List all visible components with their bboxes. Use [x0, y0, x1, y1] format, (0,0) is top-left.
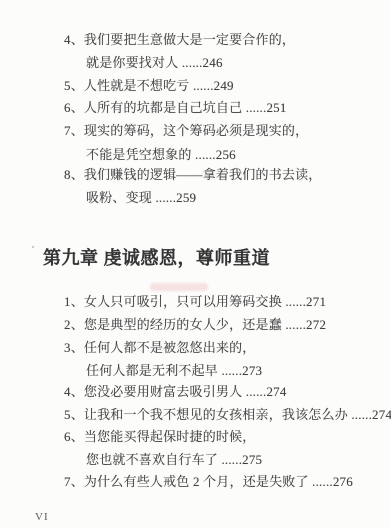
toc-entry-line: 6、当您能买得起保时捷的时候， [64, 426, 256, 445]
scan-speck [32, 246, 34, 248]
toc-entry-line: 1、女人只可吸引，只可以用筹码交换 ......271 [64, 291, 326, 310]
toc-scanned-page: 4、我们要把生意做大是一定要合作的， 就是你要找对人 ......246 5、人… [0, 0, 391, 528]
toc-entry-line: 5、人性就是不想吃亏 ......249 [64, 75, 234, 94]
toc-entry-line: 5、让我和一个我不想见的女孩相亲，我该怎么办 ......274 [64, 404, 391, 423]
toc-entry-line: 不能是凭空想象的 ......256 [86, 144, 236, 163]
toc-entry-line: 7、为什么有些人戒色 2 个月，还是失败了 ......276 [64, 471, 353, 490]
toc-entry-line: 任何人都是无利不起早 ......273 [86, 360, 262, 379]
toc-entry-line: 4、我们要把生意做大是一定要合作的， [64, 29, 295, 48]
toc-entry-line: 3、任何人都不是被忽悠出来的， [64, 337, 256, 356]
toc-entry-line: 吸粉、变现 ......259 [86, 187, 196, 206]
scan-artifact-pink [150, 283, 208, 291]
toc-entry-line: 7、现实的筹码，这个筹码必须是现实的， [64, 120, 308, 139]
page-number-footer: VI [35, 511, 49, 523]
toc-entry-line: 4、您没必要用财富去吸引男人 ......274 [64, 381, 287, 400]
toc-entry-line: 您也就不喜欢自行车了 ......275 [86, 449, 262, 468]
toc-entry-line: 6、人所有的坑都是自己坑自己 ......251 [64, 97, 287, 116]
toc-entry-line: 2、您是典型的经历的女人少，还是蠢 ......272 [64, 314, 326, 333]
toc-entry-line: 就是你要找对人 ......246 [86, 52, 223, 71]
chapter-title: 第九章 虔诚感恩，尊师重道 [43, 244, 270, 270]
toc-entry-line: 8、我们赚钱的逻辑——拿着我们的书去读， [64, 164, 322, 183]
